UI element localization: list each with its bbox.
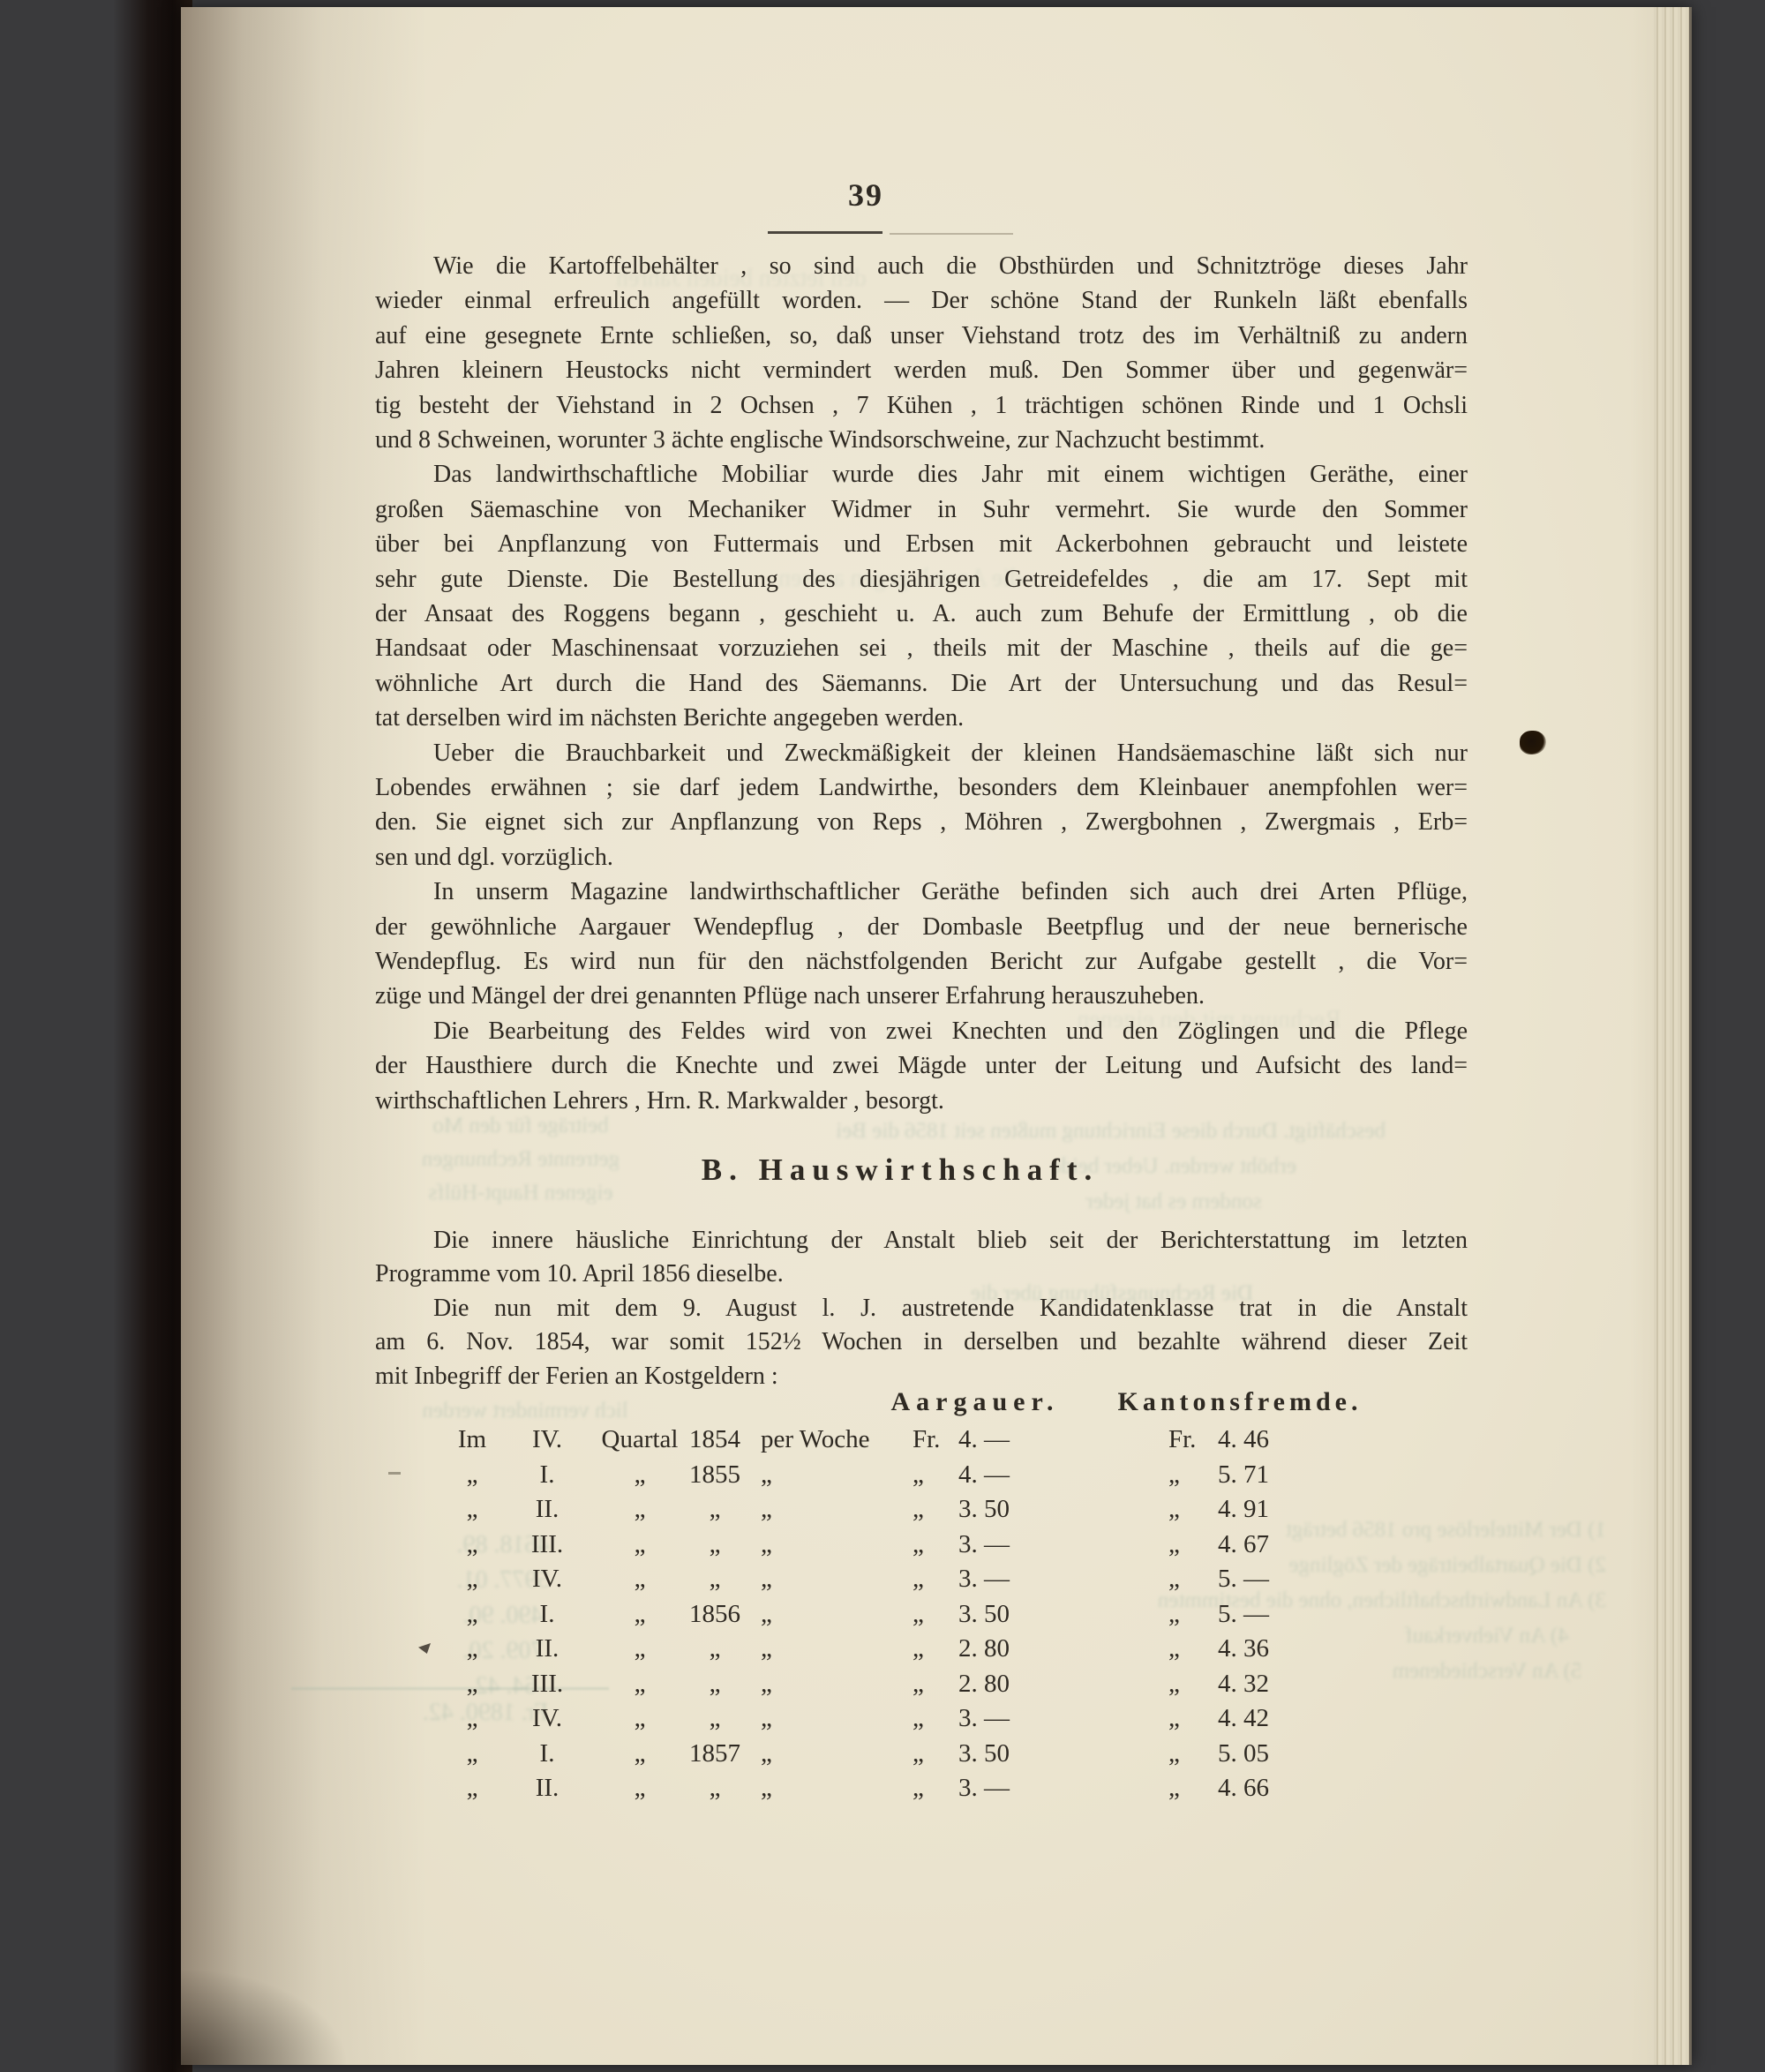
body-text-line: wieder einmal erfreulich angefüllt worde…	[375, 287, 1468, 322]
body-text-line: Die nun mit dem 9. August l. J. austrete…	[375, 1295, 1468, 1330]
table-row: „ II. „ „ „ „ 3. 50 „ 4. 91	[0, 1495, 1765, 1530]
cell-value-aargauer: 3. —	[958, 1774, 1047, 1803]
bleedthrough-text: sondern es hat jeder	[962, 1190, 1386, 1214]
cell-fr-aargauer: „	[913, 1565, 957, 1594]
cell-year: „	[680, 1774, 750, 1803]
table-row: „ III. „ „ „ „ 3. — „ 4. 67	[0, 1530, 1765, 1565]
cell-per-woche: „	[761, 1565, 902, 1594]
body-text-line: den. Sie eignet sich zur Anpflanzung von…	[375, 808, 1468, 844]
body-text-line: Jahren kleinern Heustocks nicht verminde…	[375, 357, 1468, 392]
cell-per-woche: „	[761, 1495, 902, 1524]
cell-year: „	[680, 1565, 750, 1594]
cell-value-kantonsfremde: 5. —	[1218, 1565, 1306, 1594]
cell-im: „	[446, 1565, 499, 1594]
body-text-line: sehr gute Dienste. Die Bestellung des di…	[375, 566, 1468, 601]
table-row: „ II. „ „ „ „ 2. 80 „ 4. 36	[0, 1634, 1765, 1670]
cell-per-woche: „	[761, 1634, 902, 1663]
cell-value-kantonsfremde: 4. 46	[1218, 1425, 1306, 1454]
body-text-line: tat derselben wird im nächsten Berichte …	[375, 704, 1468, 739]
body-text-line: Das landwirthschaftliche Mobiliar wurde …	[375, 461, 1468, 496]
cell-value-kantonsfremde: 5. 05	[1218, 1739, 1306, 1768]
cell-value-aargauer: 2. 80	[958, 1670, 1047, 1699]
stray-dash-mark	[388, 1472, 401, 1475]
body-text-line: züge und Mängel der drei genannten Pflüg…	[375, 982, 1468, 1017]
cell-fr-aargauer: „	[913, 1739, 957, 1768]
cell-year: 1855	[680, 1460, 750, 1490]
cell-value-aargauer: 3. —	[958, 1565, 1047, 1594]
cell-value-kantonsfremde: 4. 91	[1218, 1495, 1306, 1524]
cell-per-woche: „	[761, 1774, 902, 1803]
body-text-line: am 6. Nov. 1854, war somit 152½ Wochen i…	[375, 1328, 1468, 1363]
table-row: „ I. „ 1855 „ „ 4. — „ 5. 71	[0, 1460, 1765, 1496]
cell-fr-kantonsfremde: „	[1168, 1600, 1213, 1629]
cell-per-woche: per Woche	[761, 1425, 902, 1454]
body-text-line: Die Bearbeitung des Feldes wird von zwei…	[375, 1017, 1468, 1053]
corner-shadow	[181, 1968, 349, 2065]
cell-value-kantonsfremde: 4. 36	[1218, 1634, 1306, 1663]
cell-value-kantonsfremde: 5. —	[1218, 1600, 1306, 1629]
cell-fr-aargauer: „	[913, 1774, 957, 1803]
cell-fr-kantonsfremde: „	[1168, 1704, 1213, 1733]
cell-fr-aargauer: „	[913, 1634, 957, 1663]
table-row: „ II. „ „ „ „ 3. — „ 4. 66	[0, 1774, 1765, 1809]
cell-fr-aargauer: „	[913, 1495, 957, 1524]
cell-fr-kantonsfremde: „	[1168, 1634, 1213, 1663]
cell-year: „	[680, 1530, 750, 1559]
bleedthrough-text: beschäftigt. Durch diese Einrichtung muß…	[962, 1119, 1386, 1144]
cell-im: „	[446, 1634, 499, 1663]
cell-fr-kantonsfremde: „	[1168, 1565, 1213, 1594]
page-number: 39	[808, 176, 923, 214]
cell-year: 1854	[680, 1425, 750, 1454]
cell-value-aargauer: 3. —	[958, 1704, 1047, 1733]
cell-fr-kantonsfremde: „	[1168, 1460, 1213, 1490]
cell-per-woche: „	[761, 1704, 902, 1733]
cell-fr-aargauer: „	[913, 1704, 957, 1733]
table-column-header-kantonsfremde: Kantonsfremde.	[1085, 1387, 1394, 1417]
cell-year: „	[680, 1704, 750, 1733]
cell-value-kantonsfremde: 4. 66	[1218, 1774, 1306, 1803]
cell-year: „	[680, 1670, 750, 1699]
table-column-header-aargauer: Aargauer.	[830, 1387, 1121, 1417]
table-row: „ IV. „ „ „ „ 3. — „ 5. —	[0, 1565, 1765, 1600]
body-text-line: der Ansaat des Roggens begann , geschieh…	[375, 600, 1468, 635]
body-text-line: großen Säemaschine von Mechaniker Widmer…	[375, 496, 1468, 531]
cell-im: „	[446, 1704, 499, 1733]
body-text-line: wirthschaftlichen Lehrers , Hrn. R. Mark…	[375, 1087, 1468, 1122]
cell-im: „	[446, 1739, 499, 1768]
page-number-rule	[768, 231, 882, 234]
cell-value-kantonsfremde: 4. 42	[1218, 1704, 1306, 1733]
cell-value-aargauer: 3. —	[958, 1530, 1047, 1559]
cell-fr-kantonsfremde: „	[1168, 1670, 1213, 1699]
cell-value-aargauer: 2. 80	[958, 1634, 1047, 1663]
cell-value-aargauer: 4. —	[958, 1460, 1047, 1490]
cell-fr-aargauer: „	[913, 1600, 957, 1629]
table-row: „ III. „ „ „ „ 2. 80 „ 4. 32	[0, 1670, 1765, 1705]
cell-fr-kantonsfremde: „	[1168, 1495, 1213, 1524]
cell-fr-kantonsfremde: „	[1168, 1530, 1213, 1559]
cell-year: 1856	[680, 1600, 750, 1629]
section-heading: B. Hauswirthschaft.	[565, 1152, 1235, 1188]
cell-fr-kantonsfremde: „	[1168, 1739, 1213, 1768]
cell-per-woche: „	[761, 1600, 902, 1629]
cell-im: Im	[446, 1425, 499, 1454]
cell-value-aargauer: 3. 50	[958, 1739, 1047, 1768]
body-text-line: sen und dgl. vorzüglich.	[375, 844, 1468, 879]
cell-value-kantonsfremde: 4. 67	[1218, 1530, 1306, 1559]
body-text-line: und 8 Schweinen, worunter 3 ächte englis…	[375, 426, 1468, 462]
cell-im: „	[446, 1530, 499, 1559]
table-row: „ I. „ 1856 „ „ 3. 50 „ 5. —	[0, 1600, 1765, 1635]
body-text-line: auf eine gesegnete Ernte schließen, so, …	[375, 322, 1468, 357]
cell-year: „	[680, 1495, 750, 1524]
body-text-line: Die innere häusliche Einrichtung der Ans…	[375, 1227, 1468, 1262]
cell-im: „	[446, 1774, 499, 1803]
body-text-line: Lobendes erwähnen ; sie darf jedem Landw…	[375, 774, 1468, 809]
body-text-line: der Hausthiere durch die Knechte und zwe…	[375, 1052, 1468, 1087]
body-text-line: der gewöhnliche Aargauer Wendepflug , de…	[375, 913, 1468, 949]
cell-per-woche: „	[761, 1460, 902, 1490]
cell-fr-kantonsfremde: „	[1168, 1774, 1213, 1803]
table-row: „ IV. „ „ „ „ 3. — „ 4. 42	[0, 1704, 1765, 1739]
cell-im: „	[446, 1460, 499, 1490]
table-row: „ I. „ 1857 „ „ 3. 50 „ 5. 05	[0, 1739, 1765, 1775]
cell-per-woche: „	[761, 1670, 902, 1699]
cell-fr-aargauer: „	[913, 1670, 957, 1699]
cell-year: „	[680, 1634, 750, 1663]
cell-fr-aargauer: „	[913, 1530, 957, 1559]
page-number-rule-faint	[890, 233, 1013, 235]
cell-value-kantonsfremde: 5. 71	[1218, 1460, 1306, 1490]
cell-value-aargauer: 3. 50	[958, 1495, 1047, 1524]
body-text-line: Wie die Kartoffelbehälter , so sind auch…	[375, 252, 1468, 288]
body-text-line: Handsaat oder Maschinensaat vorzuziehen …	[375, 634, 1468, 670]
cell-fr-kantonsfremde: Fr.	[1168, 1425, 1213, 1454]
body-text-line: In unserm Magazine landwirthschaftlicher…	[375, 878, 1468, 913]
cell-im: „	[446, 1600, 499, 1629]
body-text-line: tig besteht der Viehstand in 2 Ochsen , …	[375, 392, 1468, 427]
cell-per-woche: „	[761, 1739, 902, 1768]
cell-year: 1857	[680, 1739, 750, 1768]
cell-value-kantonsfremde: 4. 32	[1218, 1670, 1306, 1699]
scanned-book-page-view: den letzten beiden Jahrendie Anstalt geg…	[0, 0, 1765, 2072]
body-text-line: wöhnliche Art durch die Hand des Säemann…	[375, 670, 1468, 705]
bleedthrough-text: lich vermindert werden	[379, 1399, 671, 1423]
cell-im: „	[446, 1495, 499, 1524]
table-row: Im IV. Quartal 1854 per Woche Fr. 4. — F…	[0, 1425, 1765, 1460]
body-text-line: Wendepflug. Es wird nun für den nächstfo…	[375, 948, 1468, 983]
cell-value-aargauer: 3. 50	[958, 1600, 1047, 1629]
cell-fr-aargauer: Fr.	[913, 1425, 957, 1454]
body-text-line: über bei Anpflanzung von Futtermais und …	[375, 530, 1468, 566]
body-text-line: Ueber die Brauchbarkeit und Zweckmäßigke…	[375, 739, 1468, 775]
cell-value-aargauer: 4. —	[958, 1425, 1047, 1454]
cell-fr-aargauer: „	[913, 1460, 957, 1490]
body-text-line: Programme vom 10. April 1856 dieselbe.	[375, 1260, 1468, 1295]
cell-im: „	[446, 1670, 499, 1699]
cell-per-woche: „	[761, 1530, 902, 1559]
